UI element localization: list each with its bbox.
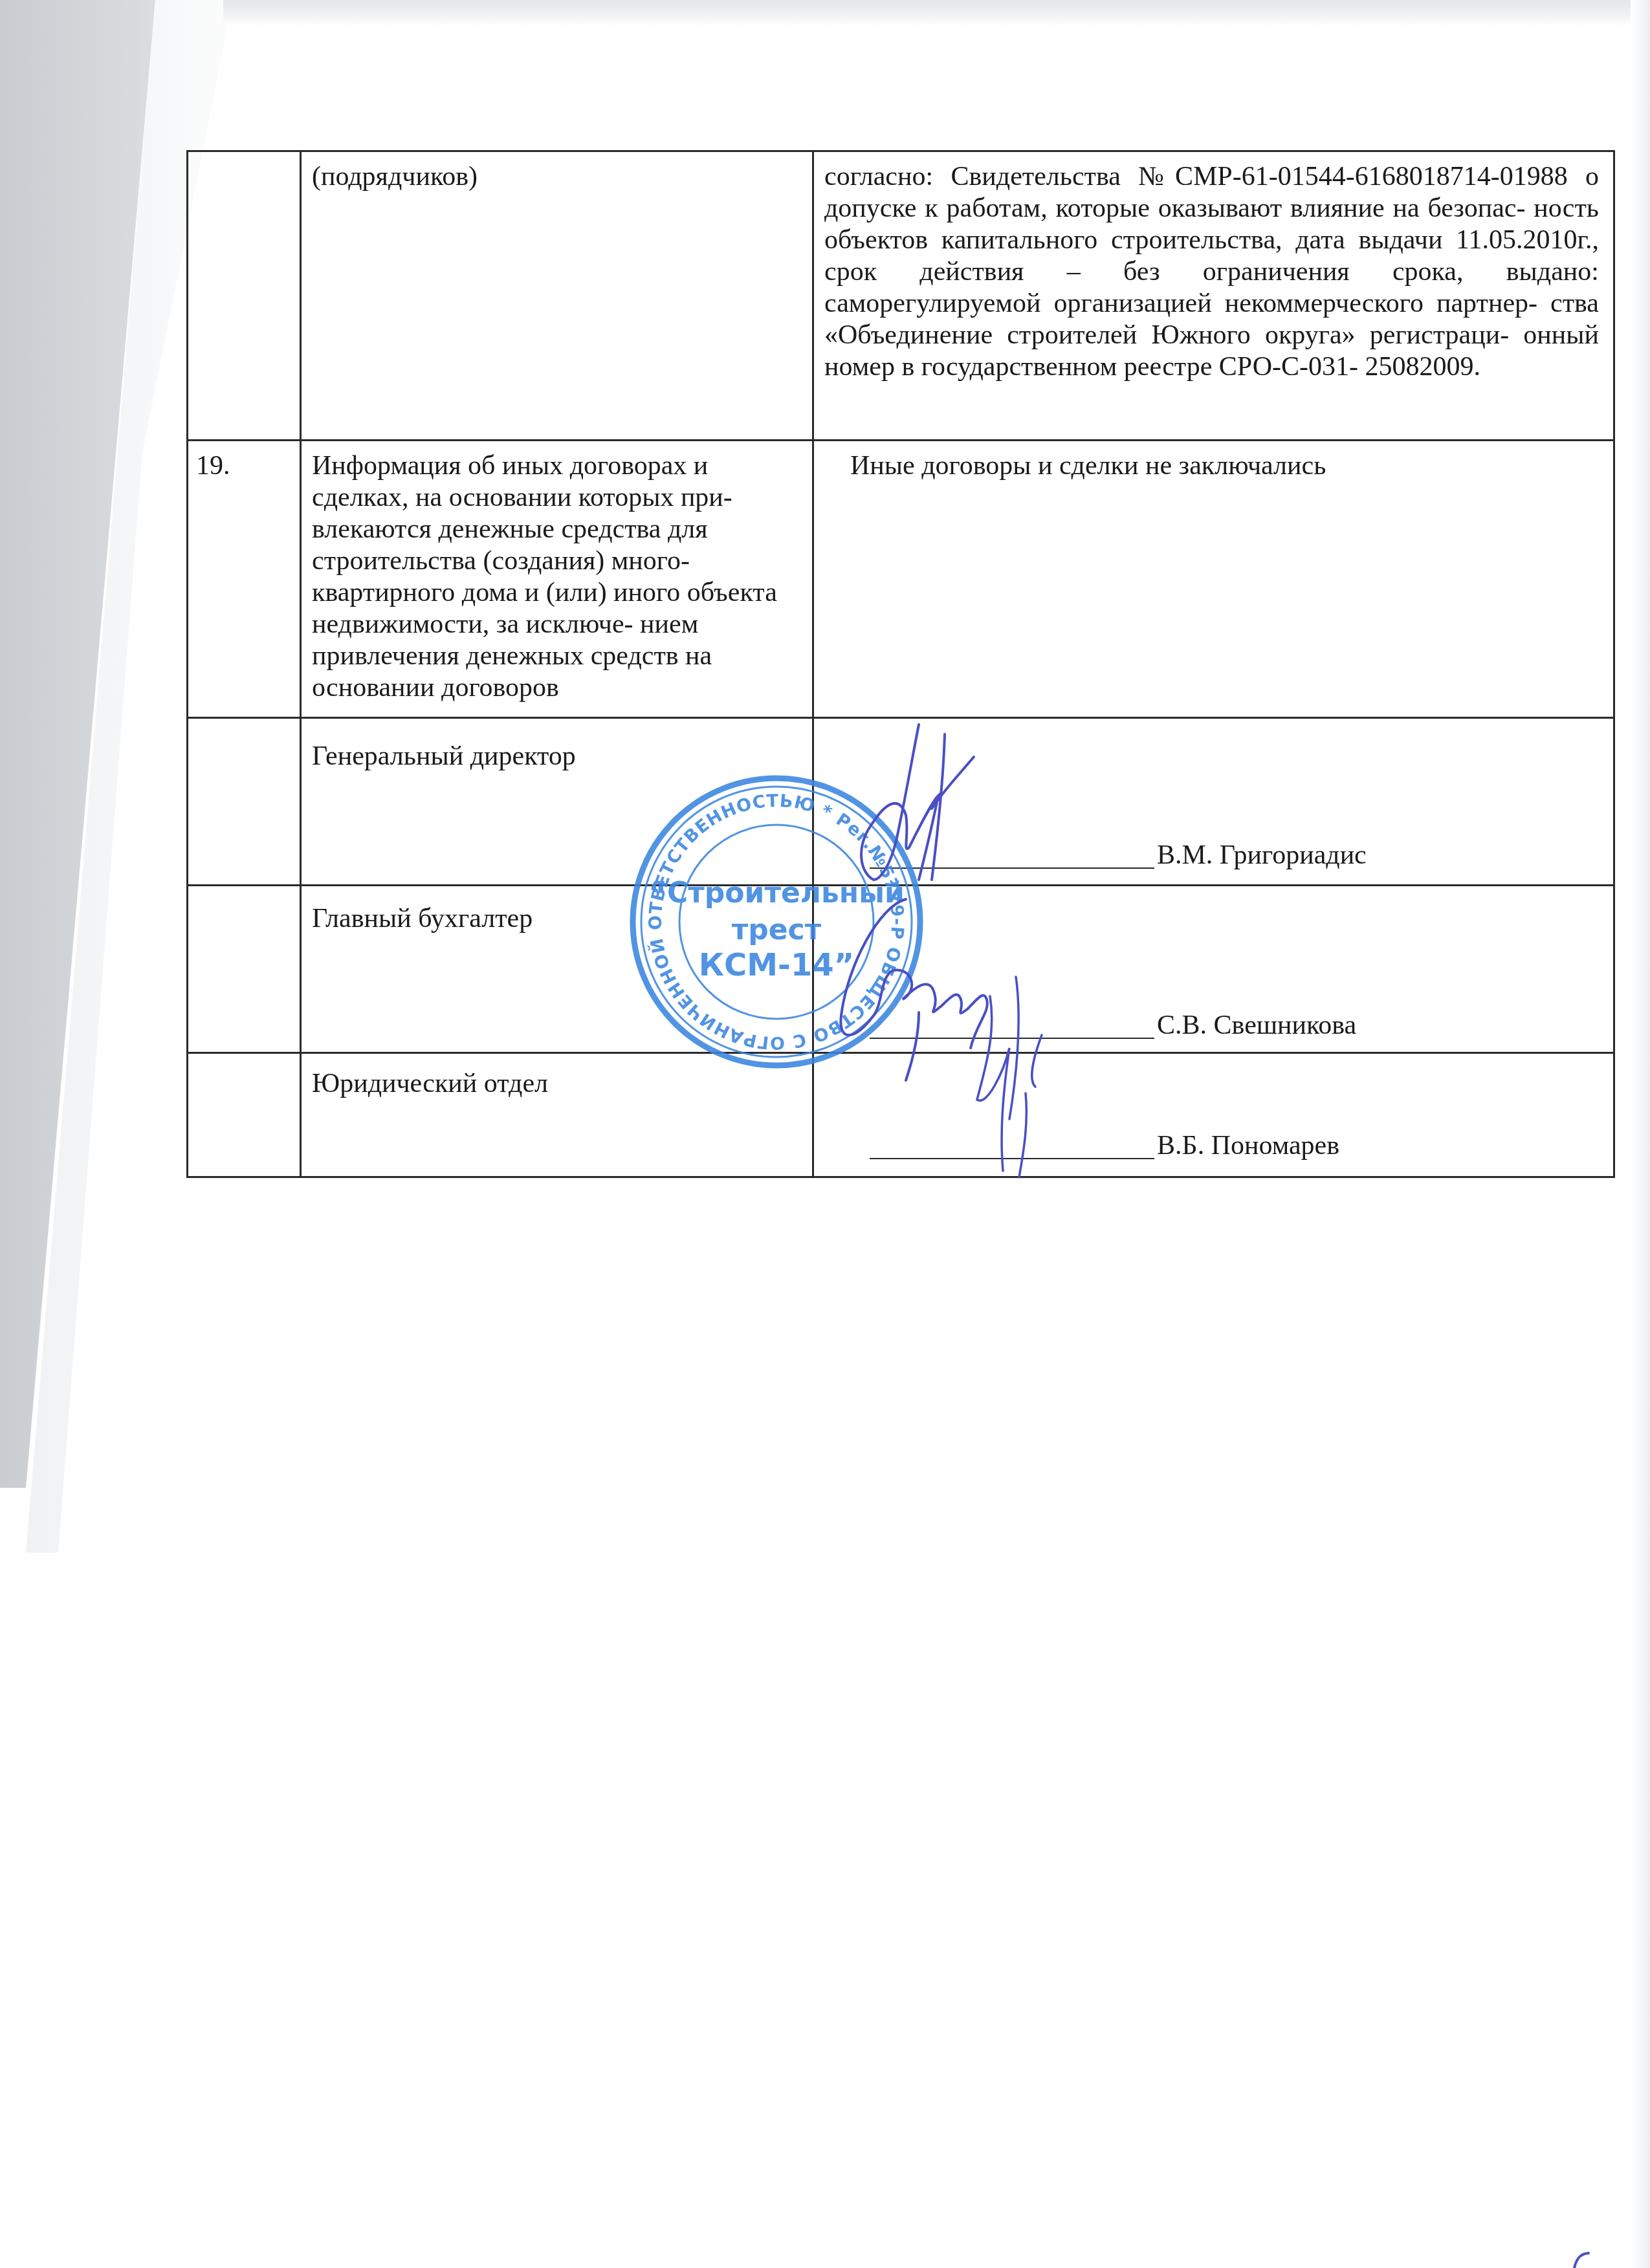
table-row-19: 19. Информация об иных договорах и сделк… <box>188 441 1614 718</box>
row-label-text: Информация об иных договорах и сделках, … <box>312 450 802 704</box>
row-number-cell <box>188 151 301 441</box>
signature-rule <box>870 842 1154 869</box>
row-label-text: (подрядчиков) <box>312 162 478 191</box>
signatory-position-cell: Юридический отдел <box>301 1053 813 1177</box>
signature-rule <box>870 1132 1154 1159</box>
signatory-position: Генеральный директор <box>312 728 802 772</box>
row-label-cell: (подрядчиков) <box>301 151 813 441</box>
scan-right-edge <box>1631 0 1650 2268</box>
other-contracts-text: Иные договоры и сделки не заключались <box>824 450 1326 482</box>
signatory-position: Главный бухгалтер <box>312 895 802 935</box>
signature-line: В.М. Григориадис <box>870 842 1367 869</box>
signatory-name: В.Б. Пономарев <box>1157 1132 1339 1159</box>
signatory-position-cell: Главный бухгалтер <box>301 886 813 1053</box>
row-number-cell <box>188 718 301 886</box>
signature-line: С.В. Свешникова <box>870 1012 1356 1039</box>
signature-row-legal: Юридический отдел В.Б. Пономарев <box>188 1053 1614 1177</box>
permit-certificate-text: согласно: Свидетельства №СМР-61-01544-61… <box>824 161 1599 383</box>
scan-top-edge <box>223 0 1650 26</box>
page-number-mark-icon <box>1563 2251 1601 2268</box>
row-label-cell: Информация об иных договорах и сделках, … <box>301 441 813 718</box>
signature-line: В.Б. Пономарев <box>870 1132 1339 1159</box>
signature-cell: В.Б. Пономарев <box>813 1053 1614 1177</box>
table-row-18-continued: (подрядчиков) согласно: Свидетельства №С… <box>188 151 1614 441</box>
row-number-cell <box>188 1053 301 1177</box>
signatory-position-cell: Генеральный директор <box>301 718 813 886</box>
row-number-cell <box>188 886 301 1053</box>
signature-cell: С.В. Свешникова <box>813 886 1614 1053</box>
signatory-name: В.М. Григориадис <box>1157 842 1367 869</box>
signatory-position: Юридический отдел <box>312 1063 802 1100</box>
signature-rule <box>870 1012 1154 1039</box>
signatory-name: С.В. Свешникова <box>1157 1012 1356 1039</box>
row-value-cell: согласно: Свидетельства №СМР-61-01544-61… <box>813 151 1614 441</box>
disclosure-table: (подрядчиков) согласно: Свидетельства №С… <box>186 150 1615 1178</box>
row-number-cell: 19. <box>188 441 301 718</box>
row-value-cell: Иные договоры и сделки не заключались <box>813 441 1614 718</box>
signature-row-accountant: Главный бухгалтер С.В. Свешникова <box>188 886 1614 1053</box>
signature-row-director: Генеральный директор В.М. Григориадис <box>188 718 1614 886</box>
signature-cell: В.М. Григориадис <box>813 718 1614 886</box>
